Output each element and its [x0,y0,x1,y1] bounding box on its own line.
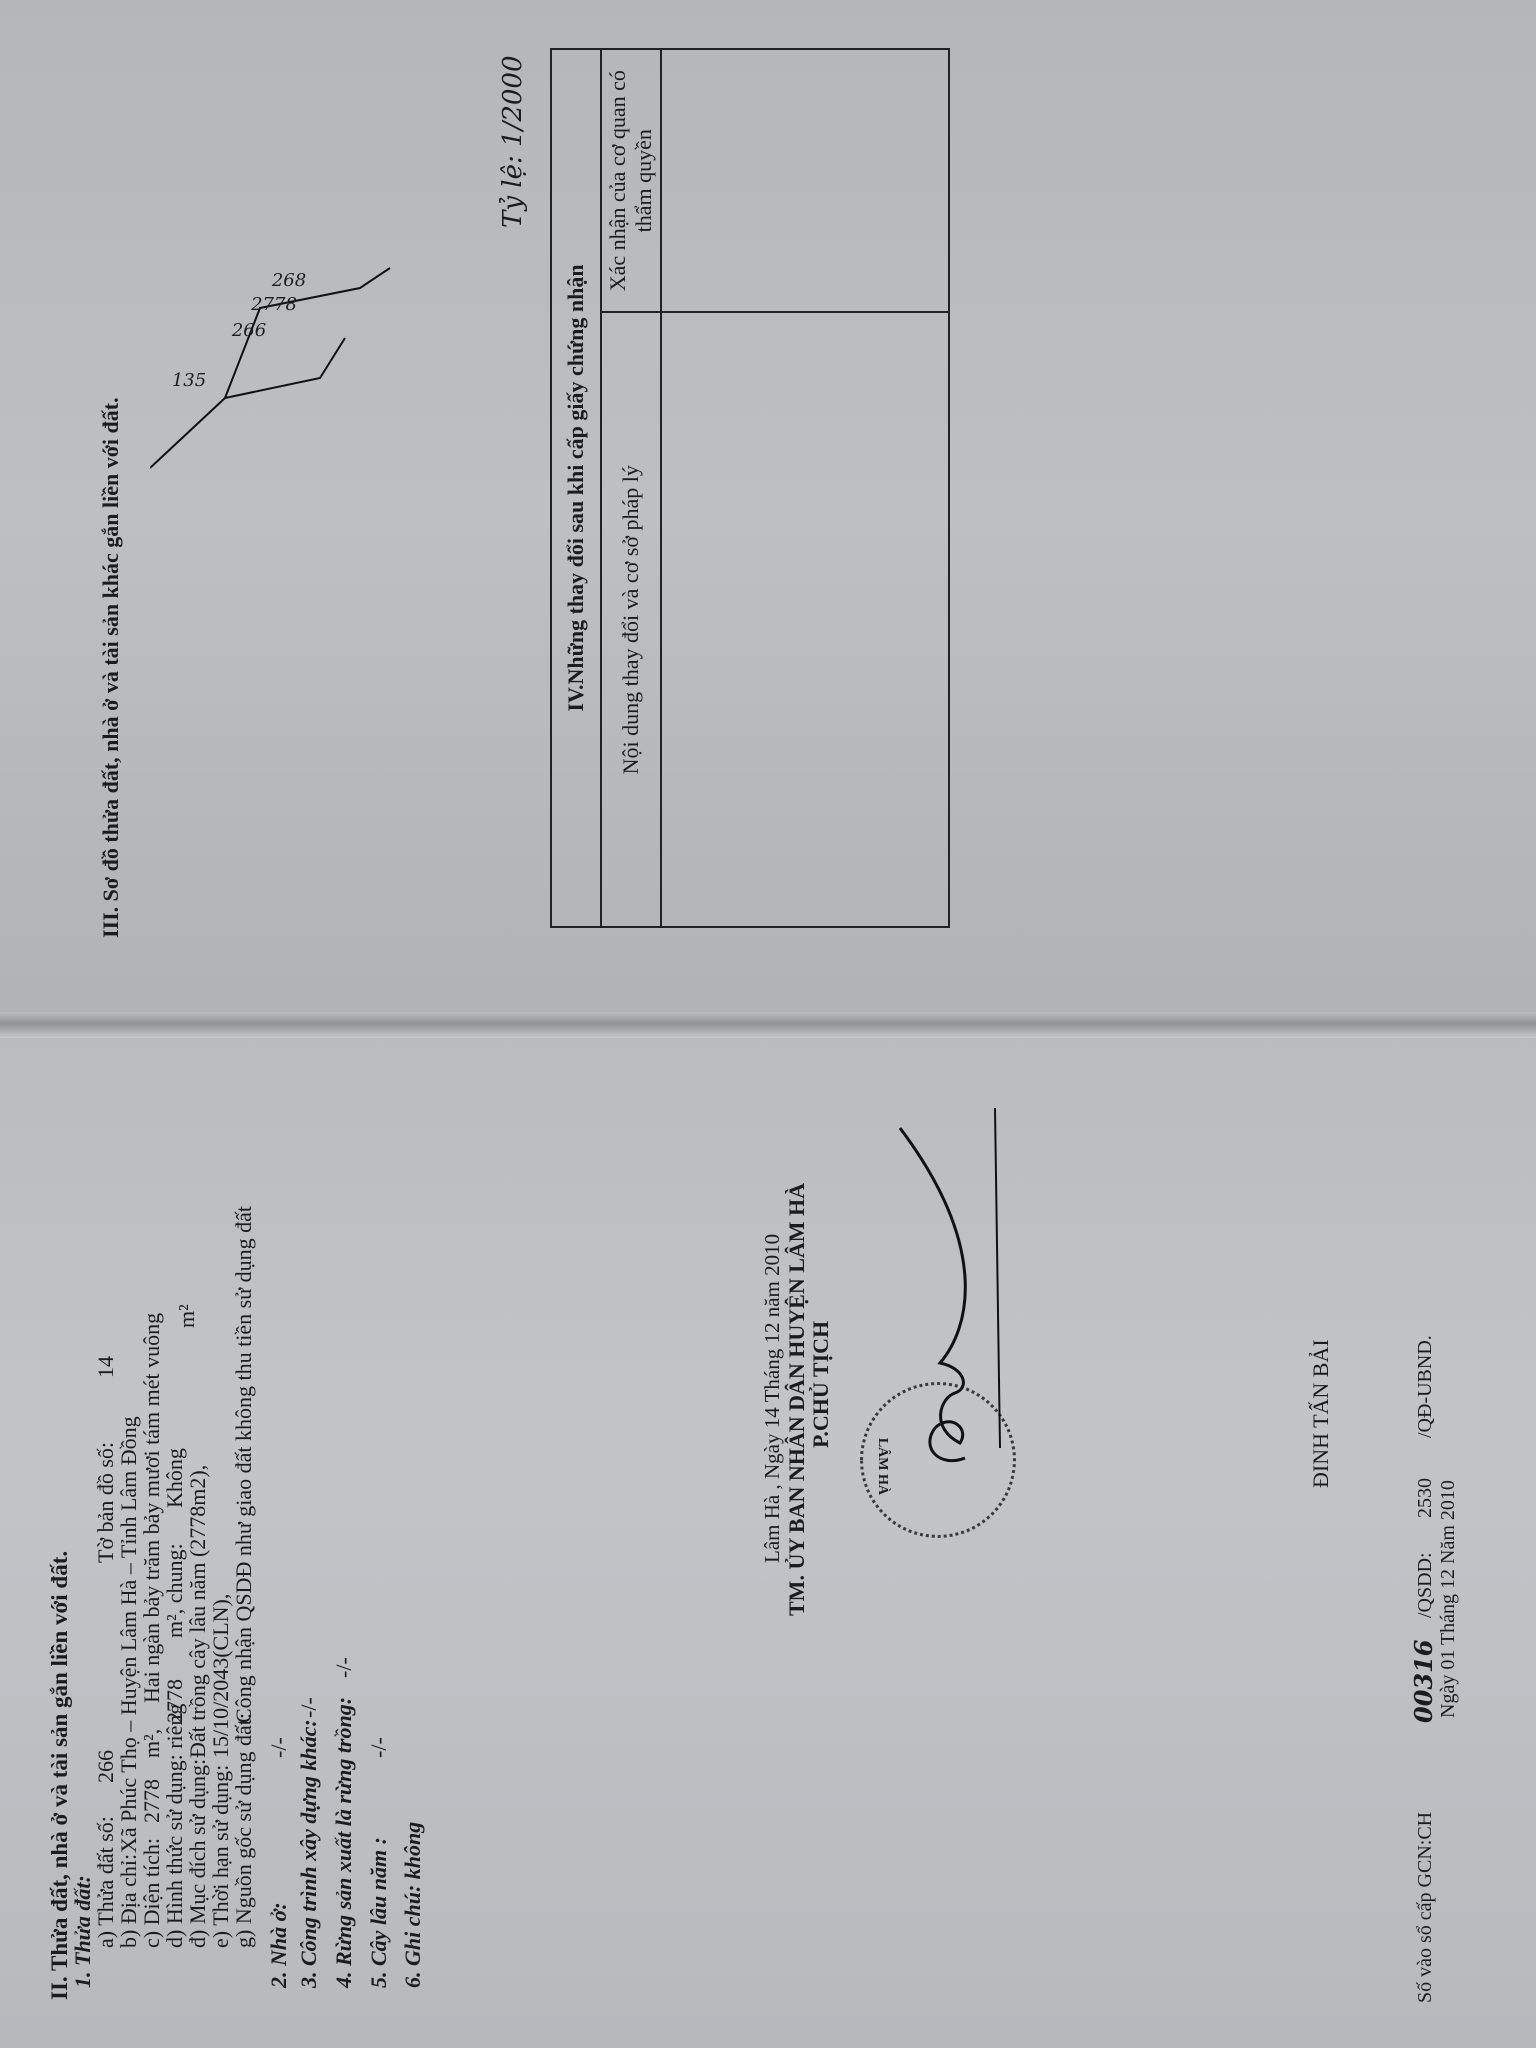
planted-forest-value: -/- [333,1657,355,1678]
usage-term-value: 15/10/2043(CLN), [210,1594,232,1758]
decision-suffix: /QĐ-UBND. [1415,1335,1435,1438]
neighbor-268: 268 [272,272,306,290]
area-in-words: Hai ngàn bảy trăm bảy mươi tám mét vuông [141,1313,163,1703]
changes-confirmation-cell [661,49,949,312]
map-scale: Tỷ lệ: 1/2000 [500,56,526,229]
usage-form-private: 2778 [164,1679,186,1723]
parcel-number-label: a) Thửa đất số: [95,1816,117,1948]
parcel-subheading: 1. Thửa đất: [72,1875,94,1988]
usage-form-label: d) Hình thức sử dụng: riêng [164,1704,186,1948]
address-label: b) Địa chỉ: [118,1854,140,1948]
perennial-trees-label: 5. Cây lâu năm : [368,1837,390,1988]
place-date: Lâm Hà , Ngày 14 Tháng 12 năm 2010 [762,1234,783,1563]
signer-name: ĐINH TẤN BẢI [1310,1339,1332,1488]
changes-table: IV.Những thay đổi sau khi cấp giấy chứng… [550,48,950,928]
planted-forest-label: 4. Rừng sản xuất là rừng trồng: [333,1697,355,1988]
area-unit: m², [141,1729,163,1758]
usage-purpose-value: Đất trồng cây lâu năm (2778m2), [187,1465,209,1758]
house-label: 2. Nhà ở: [268,1902,290,1988]
page-fold [0,1012,1536,1038]
house-value: -/- [268,1737,290,1758]
changes-col-confirmation: Xác nhận của cơ quan có thẩm quyền [601,49,661,312]
other-construction-label: 3. Công trình xây dựng khác: [298,1719,320,1988]
parcel-number-value: 266 [95,1750,117,1783]
land-certificate-spread: II. Thửa đất, nhà ở và tài sản gắn liền … [0,0,1536,2048]
registry-date: Ngày 01 Tháng 12 Năm 2010 [1438,1480,1458,1718]
land-origin-value: Công nhận QSDĐ như giao đất không thu ti… [233,1206,255,1723]
section2-title: II. Thửa đất, nhà ở và tài sản gắn liền … [48,1551,71,2000]
usage-form-unit: m², chung: [164,1543,186,1638]
usage-form-shared: Không [164,1448,186,1508]
registry-prefix: Số vào sổ cấp GCN:CH [1415,1812,1435,2003]
land-origin-label: g) Nguồn gốc sử dụng đất: [233,1713,255,1948]
issuing-authority: TM. ỦY BAN NHÂN DÂN HUYỆN LÂM HÀ [786,1183,808,1616]
changes-col-content: Nội dung thay đổi và cơ sở pháp lý [601,312,661,927]
usage-term-label: e) Thời hạn sử dụng: [210,1765,232,1948]
parcel-area-label-sketch: 2778 [251,296,297,314]
parcel-sketch [150,148,410,488]
signature-scribble [860,1108,1010,1488]
other-construction-value: -/- [298,1697,320,1718]
address-value: Xã Phúc Thọ – Huyện Lâm Hà – Tỉnh Lâm Đồ… [118,1416,140,1853]
qsdd-label: /QSDD: [1415,1552,1435,1618]
perennial-trees-value: -/- [368,1737,390,1758]
qsdd-number: 2530 [1415,1478,1435,1518]
map-sheet-label: Tờ bản đồ số: [95,1442,117,1563]
neighbor-135: 135 [172,372,206,390]
registry-book-number: 00316 [1412,1640,1436,1724]
usage-form-shared-unit: m² [176,1304,198,1328]
map-sheet-value: 14 [95,1356,117,1378]
signer-role: P.CHỦ TỊCH [810,1321,832,1448]
area-value: 2778 [141,1779,163,1823]
usage-purpose-label: đ) Mục đích sử dụng: [187,1759,209,1948]
section3-title: III. Sơ đồ thửa đất, nhà ở và tài sản kh… [100,397,122,938]
changes-content-cell [661,312,949,927]
changes-table-title: IV.Những thay đổi sau khi cấp giấy chứng… [551,49,601,927]
area-label: c) Diện tích: [141,1838,163,1948]
parcel-number-label-sketch: 266 [232,322,266,340]
notes-label: 6. Ghi chú: không [402,1822,424,1988]
